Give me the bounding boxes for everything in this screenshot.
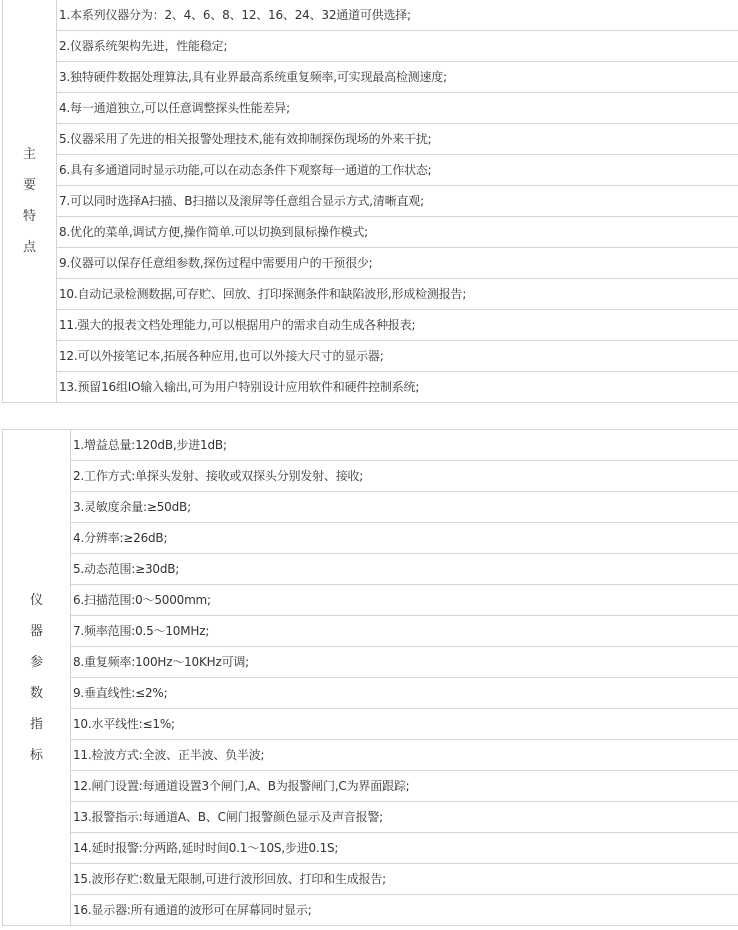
feature-item: 8.优化的菜单,调试方便,操作简单.可以切换到鼠标操作模式; (57, 217, 738, 248)
table-row: 16.显示器:所有通道的波形可在屏幕同时显示; (3, 895, 738, 926)
table-row: 15.波形存贮:数量无限制,可进行波形回放、打印和生成报告; (3, 864, 738, 895)
feature-item: 5.仪器采用了先进的相关报警处理技术,能有效抑制探伤现场的外来干扰; (57, 124, 738, 155)
table-row: 10.水平线性:≤1%; (3, 709, 738, 740)
parameter-item: 15.波形存贮:数量无限制,可进行波形回放、打印和生成报告; (71, 864, 738, 895)
table-row: 8.优化的菜单,调试方便,操作简单.可以切换到鼠标操作模式; (3, 217, 738, 248)
table-row: 5.仪器采用了先进的相关报警处理技术,能有效抑制探伤现场的外来干扰; (3, 124, 738, 155)
table-row: 4.每一通道独立,可以任意调整探头性能差异; (3, 93, 738, 124)
table-row: 2.仪器系统架构先进，性能稳定; (3, 31, 738, 62)
table-row: 11.检波方式:全波、正半波、负半波; (3, 740, 738, 771)
table-row: 11.强大的报表文档处理能力,可以根据用户的需求自动生成各种报表; (3, 310, 738, 341)
feature-item: 4.每一通道独立,可以任意调整探头性能差异; (57, 93, 738, 124)
category-char: 特 (3, 201, 56, 232)
parameter-item: 2.工作方式:单探头发射、接收或双探头分别发射、接收; (71, 461, 738, 492)
category-cell-parameters: 仪 器 参 数 指 标 (3, 430, 71, 926)
category-char: 主 (3, 139, 56, 170)
table-row: 7.频率范围:0.5～10MHz; (3, 616, 738, 647)
feature-item: 1.本系列仪器分为：2、4、6、8、12、16、24、32通道可供选择; (57, 0, 738, 31)
table-row: 14.延时报警:分两路,延时时间0.1～10S,步进0.1S; (3, 833, 738, 864)
feature-item: 11.强大的报表文档处理能力,可以根据用户的需求自动生成各种报表; (57, 310, 738, 341)
table-row: 4.分辨率:≥26dB; (3, 523, 738, 554)
feature-item: 13.预留16组IO输入输出,可为用户特别设计应用软件和硬件控制系统; (57, 372, 738, 403)
parameter-item: 4.分辨率:≥26dB; (71, 523, 738, 554)
category-char: 指 (3, 709, 70, 740)
parameter-item: 5.动态范围:≥30dB; (71, 554, 738, 585)
category-char: 器 (3, 616, 70, 647)
feature-item: 2.仪器系统架构先进，性能稳定; (57, 31, 738, 62)
table-row: 5.动态范围:≥30dB; (3, 554, 738, 585)
table-row: 10.自动记录检测数据,可存贮、回放、打印探测条件和缺陷波形,形成检测报告; (3, 279, 738, 310)
category-char: 标 (3, 740, 70, 771)
table-row: 6.具有多通道同时显示功能,可以在动态条件下观察每一通道的工作状态; (3, 155, 738, 186)
feature-item: 9.仪器可以保存任意组参数,探伤过程中需要用户的干预很少; (57, 248, 738, 279)
feature-item: 12.可以外接笔记本,拓展各种应用,也可以外接大尺寸的显示器; (57, 341, 738, 372)
category-char: 数 (3, 678, 70, 709)
table-row: 3.独特硬件数据处理算法,具有业界最高系统重复频率,可实现最高检测速度; (3, 62, 738, 93)
parameter-item: 13.报警指示:每通道A、B、C闸门报警颜色显示及声音报警; (71, 802, 738, 833)
table-row: 9.仪器可以保存任意组参数,探伤过程中需要用户的干预很少; (3, 248, 738, 279)
table-row: 13.预留16组IO输入输出,可为用户特别设计应用软件和硬件控制系统; (3, 372, 738, 403)
category-char: 点 (3, 232, 56, 263)
category-char: 仪 (3, 585, 70, 616)
parameters-table: 仪 器 参 数 指 标 1.增益总量:120dB,步进1dB; 2.工作方式:单… (2, 429, 738, 926)
parameter-item: 9.垂直线性:≤2%; (71, 678, 738, 709)
table-row: 13.报警指示:每通道A、B、C闸门报警颜色显示及声音报警; (3, 802, 738, 833)
feature-item: 6.具有多通道同时显示功能,可以在动态条件下观察每一通道的工作状态; (57, 155, 738, 186)
parameter-item: 7.频率范围:0.5～10MHz; (71, 616, 738, 647)
parameter-item: 11.检波方式:全波、正半波、负半波; (71, 740, 738, 771)
table-row: 12.闸门设置:每通道设置3个闸门,A、B为报警闸门,C为界面跟踪; (3, 771, 738, 802)
feature-item: 10.自动记录检测数据,可存贮、回放、打印探测条件和缺陷波形,形成检测报告; (57, 279, 738, 310)
category-char: 要 (3, 170, 56, 201)
table-row: 2.工作方式:单探头发射、接收或双探头分别发射、接收; (3, 461, 738, 492)
parameter-item: 3.灵敏度余量:≥50dB; (71, 492, 738, 523)
parameter-item: 6.扫描范围:0～5000mm; (71, 585, 738, 616)
feature-item: 3.独特硬件数据处理算法,具有业界最高系统重复频率,可实现最高检测速度; (57, 62, 738, 93)
table-row: 12.可以外接笔记本,拓展各种应用,也可以外接大尺寸的显示器; (3, 341, 738, 372)
table-row: 9.垂直线性:≤2%; (3, 678, 738, 709)
parameter-item: 10.水平线性:≤1%; (71, 709, 738, 740)
table-row: 仪 器 参 数 指 标 1.增益总量:120dB,步进1dB; (3, 430, 738, 461)
parameter-item: 8.重复频率:100Hz～10KHz可调; (71, 647, 738, 678)
table-row: 7.可以同时选择A扫描、B扫描以及滚屏等任意组合显示方式,清晰直观; (3, 186, 738, 217)
parameter-item: 16.显示器:所有通道的波形可在屏幕同时显示; (71, 895, 738, 926)
table-row: 8.重复频率:100Hz～10KHz可调; (3, 647, 738, 678)
table-row: 主 要 特 点 1.本系列仪器分为：2、4、6、8、12、16、24、32通道可… (3, 0, 738, 31)
category-cell-features: 主 要 特 点 (3, 0, 57, 403)
table-row: 6.扫描范围:0～5000mm; (3, 585, 738, 616)
features-table: 主 要 特 点 1.本系列仪器分为：2、4、6、8、12、16、24、32通道可… (2, 0, 738, 403)
feature-item: 7.可以同时选择A扫描、B扫描以及滚屏等任意组合显示方式,清晰直观; (57, 186, 738, 217)
category-char: 参 (3, 647, 70, 678)
parameter-item: 12.闸门设置:每通道设置3个闸门,A、B为报警闸门,C为界面跟踪; (71, 771, 738, 802)
table-row: 3.灵敏度余量:≥50dB; (3, 492, 738, 523)
parameter-item: 1.增益总量:120dB,步进1dB; (71, 430, 738, 461)
parameter-item: 14.延时报警:分两路,延时时间0.1～10S,步进0.1S; (71, 833, 738, 864)
